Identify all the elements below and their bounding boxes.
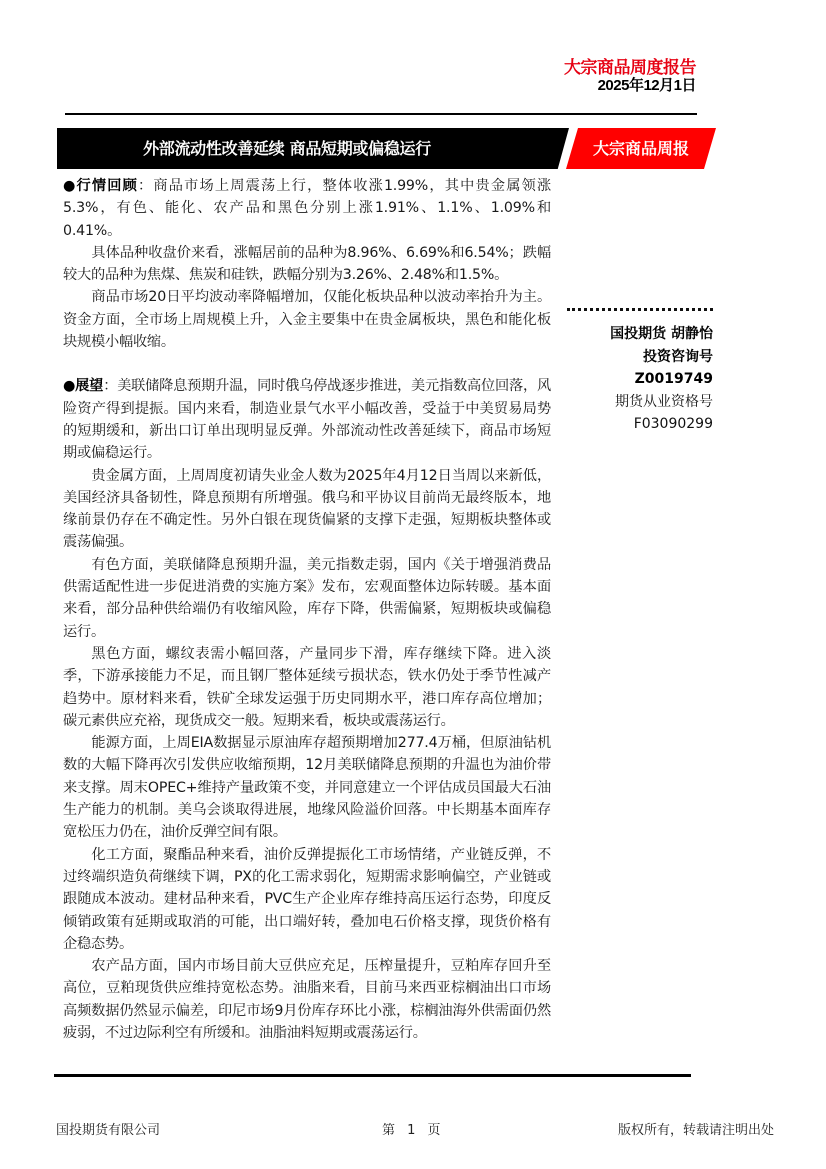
main-content: ●行情回顾：商品市场上周震荡上行，整体收涨1.99%，其中贵金属领涨5.3%，有… <box>63 175 551 1044</box>
consult-label: 投资咨询号 <box>567 346 713 369</box>
outlook-heading: ●展望 <box>63 378 103 394</box>
review-paragraph-2: 具体品种收盘价来看，涨幅居前的品种为8.96%、6.69%和6.54%；跌幅较大… <box>63 242 551 287</box>
chemicals-paragraph: 化工方面，聚酯品种来看，油价反弹提振化工市场情绪，产业链反弹，不过终端织造负荷继… <box>63 844 551 955</box>
agriculture-paragraph: 农产品方面，国内市场目前大豆供应充足，压榨量提升，豆粕库存回升至高位，豆粕现货供… <box>63 955 551 1044</box>
report-tag: 大宗商品周报 <box>566 128 716 169</box>
bottom-divider <box>54 1074 691 1077</box>
analyst-name: 国投期货 胡静怡 <box>567 323 713 346</box>
precious-metals-paragraph: 贵金属方面，上周周度初请失业金人数为2025年4月12日当周以来新低，美国经济具… <box>63 465 551 554</box>
qualification-label: 期货从业资格号 <box>567 391 713 414</box>
report-date: 2025年12月1日 <box>598 74 696 95</box>
review-paragraph-3: 商品市场20日平均波动率降幅增加，仅能化板块品种以波动率抬升为主。资金方面，全市… <box>63 286 551 353</box>
page-title: 外部流动性改善延续 商品短期或偏稳运行 <box>57 128 517 169</box>
review-heading: ●行情回顾 <box>63 178 138 194</box>
analyst-sidebar: 国投期货 胡静怡 投资咨询号 Z0019749 期货从业资格号 F0309029… <box>567 308 713 436</box>
review-paragraph-1: ●行情回顾：商品市场上周震荡上行，整体收涨1.99%，其中贵金属领涨5.3%，有… <box>63 175 551 242</box>
ferrous-paragraph: 黑色方面，螺纹表需小幅回落，产量同步下滑，库存继续下降。进入淡季，下游承接能力不… <box>63 643 551 732</box>
sidebar-dotted-divider <box>567 308 713 311</box>
outlook-sep: ： <box>103 378 117 394</box>
qualification-number: F03090299 <box>567 413 713 436</box>
consult-number: Z0019749 <box>567 368 713 391</box>
review-sep: ： <box>138 178 153 194</box>
outlook-paragraph-1: ●展望：美联储降息预期升温，同时俄乌停战逐步推进，美元指数高位回落，风险资产得到… <box>63 375 551 464</box>
nonferrous-paragraph: 有色方面，美联储降息预期升温，美元指数走弱，国内《关于增强消费品供需适配性进一步… <box>63 554 551 643</box>
energy-paragraph: 能源方面，上周EIA数据显示原油库存超预期增加277.4万桶，但原油钻机数的大幅… <box>63 732 551 843</box>
outlook-text-1: 美联储降息预期升温，同时俄乌停战逐步推进，美元指数高位回落，风险资产得到提振。国… <box>63 378 551 461</box>
footer-copyright: 版权所有，转载请注明出处 <box>618 1119 774 1138</box>
footer-page-number: 第 1 页 <box>382 1119 445 1138</box>
top-divider <box>65 113 697 115</box>
footer-company: 国投期货有限公司 <box>56 1119 160 1138</box>
